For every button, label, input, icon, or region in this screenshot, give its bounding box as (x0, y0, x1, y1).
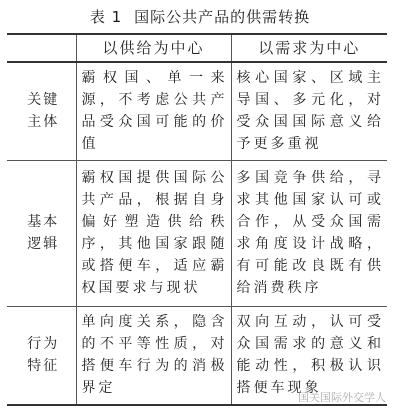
supply-demand-table: 以供给为中心 以需求为中心 关键 主体 霸权国、单一来源，不考虑公共产品受众国可… (7, 33, 387, 406)
table-caption: 表 1国际公共产品的供需转换 (0, 6, 400, 27)
row-label: 基本 逻辑 (7, 160, 76, 306)
demand-cell: 多国竞争供给，寻求其他国家认可或合作，从受众国需求角度设计战略，有可能改良既有供… (231, 160, 387, 306)
header-empty (7, 34, 76, 62)
watermark: 国关国际外交学人 (298, 389, 386, 405)
supply-cell: 霸权国提供国际公共产品，根据自身偏好塑造供给秩序，其他国家跟随或搭便车，适应霸权… (76, 160, 231, 306)
row-label: 行为 特征 (7, 306, 76, 405)
table-title: 国际公共产品的供需转换 (134, 8, 310, 26)
table-row-basic-logic: 基本 逻辑 霸权国提供国际公共产品，根据自身偏好塑造供给秩序，其他国家跟随或搭便… (7, 160, 387, 306)
row-label-line1: 关键 (11, 89, 76, 111)
demand-cell: 核心国家、区域主导国、多元化，对受众国国际意义给予更多重视 (231, 62, 387, 160)
table-number: 表 1 (90, 8, 122, 26)
header-supply-centered: 以供给为中心 (76, 34, 231, 62)
header-row: 以供给为中心 以需求为中心 (7, 34, 387, 62)
row-label-line1: 行为 (11, 333, 76, 355)
supply-cell: 霸权国、单一来源，不考虑公共产品受众国可能的价值 (76, 62, 231, 160)
supply-cell: 单向度关系，隐含的不平等性质，对搭便车行为的消极界定 (76, 306, 231, 405)
table-row-key-actors: 关键 主体 霸权国、单一来源，不考虑公共产品受众国可能的价值 核心国家、区域主导… (7, 62, 387, 160)
row-label-line2: 逻辑 (11, 233, 76, 255)
row-label-line1: 基本 (11, 211, 76, 233)
row-label: 关键 主体 (7, 62, 76, 160)
header-demand-centered: 以需求为中心 (231, 34, 387, 62)
row-label-line2: 特征 (11, 355, 76, 377)
row-label-line2: 主体 (11, 111, 76, 133)
